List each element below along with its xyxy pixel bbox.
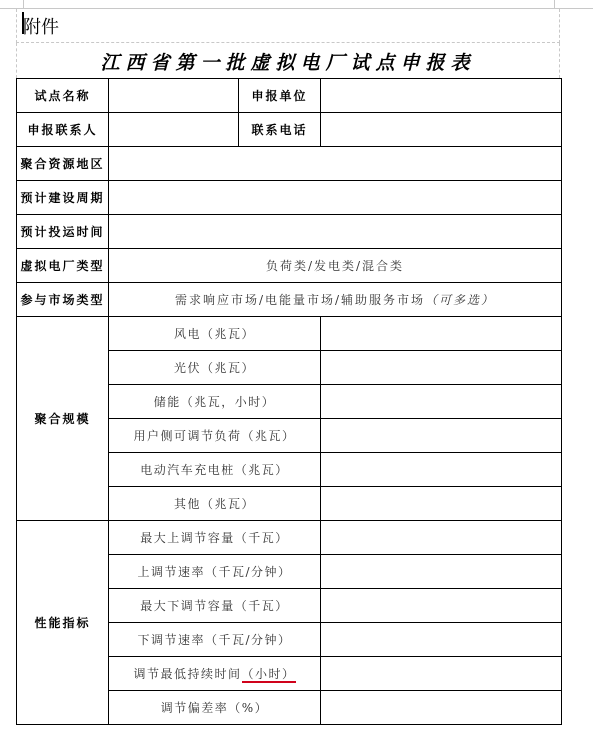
performance-label: 性能指标: [17, 521, 109, 725]
perf-down-rate-field[interactable]: [321, 623, 562, 657]
title-paragraph[interactable]: 江西省第一批虚拟电厂试点申报表: [16, 43, 560, 78]
attachment-label: 附件: [23, 13, 59, 39]
operation-time-field[interactable]: [109, 215, 562, 249]
table-row: 聚合资源地区: [17, 147, 562, 181]
perf-up-rate-label: 上调节速率（千瓦/分钟）: [109, 555, 321, 589]
margin-corner-mark-right: [554, 0, 555, 8]
table-row: 聚合规模 风电（兆瓦）: [17, 317, 562, 351]
pilot-name-label: 试点名称: [17, 79, 109, 113]
perf-min-duration-text: 调节最低持续时间: [133, 667, 241, 681]
construction-period-field[interactable]: [109, 181, 562, 215]
perf-min-duration-label: 调节最低持续时间（小时）: [109, 657, 321, 691]
scale-user-load-label: 用户侧可调节负荷（兆瓦）: [109, 419, 321, 453]
margin-corner-mark-left: [23, 0, 24, 8]
contact-person-label: 申报联系人: [17, 113, 109, 147]
aggregate-scale-label: 聚合规模: [17, 317, 109, 521]
perf-max-down-capacity-field[interactable]: [321, 589, 562, 623]
scale-wind-label: 风电（兆瓦）: [109, 317, 321, 351]
applicant-unit-label: 申报单位: [239, 79, 321, 113]
pilot-name-field[interactable]: [109, 79, 239, 113]
market-type-field[interactable]: 需求响应市场/电能量市场/辅助服务市场（可多选）: [109, 283, 562, 317]
perf-deviation-rate-field[interactable]: [321, 691, 562, 725]
resource-region-field[interactable]: [109, 147, 562, 181]
scale-storage-field[interactable]: [321, 385, 562, 419]
table-row: 预计建设周期: [17, 181, 562, 215]
scale-pv-label: 光伏（兆瓦）: [109, 351, 321, 385]
applicant-unit-field[interactable]: [321, 79, 562, 113]
scale-other-field[interactable]: [321, 487, 562, 521]
application-form-table: 试点名称 申报单位 申报联系人 联系电话 聚合资源地区 预计建设周期 预计投运时…: [16, 78, 562, 725]
vpp-type-label: 虚拟电厂类型: [17, 249, 109, 283]
spellcheck-underline: （小时）: [242, 667, 296, 683]
scale-storage-label: 储能（兆瓦，小时）: [109, 385, 321, 419]
document-title: 江西省第一批虚拟电厂试点申报表: [17, 48, 559, 75]
table-row: 虚拟电厂类型 负荷类/发电类/混合类: [17, 249, 562, 283]
perf-min-duration-field[interactable]: [321, 657, 562, 691]
table-row: 参与市场类型 需求响应市场/电能量市场/辅助服务市场（可多选）: [17, 283, 562, 317]
vpp-type-field[interactable]: 负荷类/发电类/混合类: [109, 249, 562, 283]
market-type-options: 需求响应市场/电能量市场/辅助服务市场: [175, 293, 425, 307]
perf-max-up-capacity-label: 最大上调节容量（千瓦）: [109, 521, 321, 555]
table-row: 申报联系人 联系电话: [17, 113, 562, 147]
contact-person-field[interactable]: [109, 113, 239, 147]
scale-wind-field[interactable]: [321, 317, 562, 351]
perf-max-down-capacity-label: 最大下调节容量（千瓦）: [109, 589, 321, 623]
multi-select-note: （可多选）: [425, 293, 495, 307]
table-row: 试点名称 申报单位: [17, 79, 562, 113]
operation-time-label: 预计投运时间: [17, 215, 109, 249]
scale-ev-charger-field[interactable]: [321, 453, 562, 487]
perf-max-up-capacity-field[interactable]: [321, 521, 562, 555]
scale-ev-charger-label: 电动汽车充电桩（兆瓦）: [109, 453, 321, 487]
perf-up-rate-field[interactable]: [321, 555, 562, 589]
scale-pv-field[interactable]: [321, 351, 562, 385]
construction-period-label: 预计建设周期: [17, 181, 109, 215]
contact-phone-field[interactable]: [321, 113, 562, 147]
resource-region-label: 聚合资源地区: [17, 147, 109, 181]
attachment-paragraph[interactable]: 附件: [16, 9, 560, 43]
perf-deviation-rate-label: 调节偏差率（%）: [109, 691, 321, 725]
scale-user-load-field[interactable]: [321, 419, 562, 453]
scale-other-label: 其他（兆瓦）: [109, 487, 321, 521]
contact-phone-label: 联系电话: [239, 113, 321, 147]
perf-down-rate-label: 下调节速率（千瓦/分钟）: [109, 623, 321, 657]
market-type-label: 参与市场类型: [17, 283, 109, 317]
table-row: 预计投运时间: [17, 215, 562, 249]
table-row: 性能指标 最大上调节容量（千瓦）: [17, 521, 562, 555]
